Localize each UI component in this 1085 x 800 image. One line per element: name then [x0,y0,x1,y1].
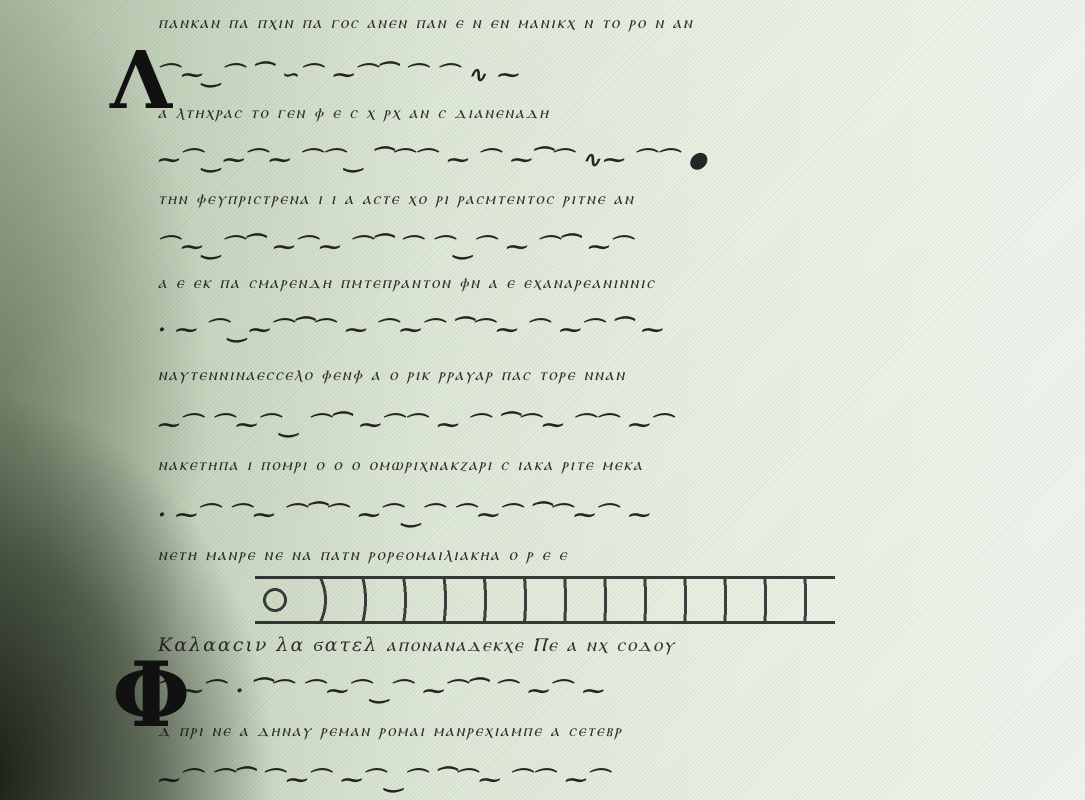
neume-line: ⁓⌒‿⁓⌒⁓ ⌒⌒‿ ⁀⌒⌒ ⁓ ⌒ ⁓⁀⌒ ∿⁓ ⌒⌒ ● [155,145,713,175]
text-line: ⲛⲁⲕⲉⲧⲏⲡⲁ ⲓ ⲡⲟⲙⲣⲓ ⲟ ⲟ ⲟ ⲟⲙⲱⲣⲓⲭⲛⲁⲕⲍⲁⲣⲓ ⲥ ⲓ… [158,452,644,478]
neume-line: ⌒⁓⌒ · ⁀⌒ ⌒⁓⌒‿⌒ ⁓⌒⁀ ⌒ ⁓⌒ ⁓ [155,676,609,706]
neume-line: ⌒⁓‿⌒⁀ ⁓⌒⁓ ⌒⁀ ⌒ ⌒‿⌒ ⁓ ⌒⁀ ⁓⌒ [155,232,637,262]
text-line: ⲡⲁⲛⲕⲁⲛ ⲡⲁ ⲡⲭⲓⲛ ⲡⲁ ⲅⲟⲥ ⲁⲛⲉⲛ ⲡⲁⲛ ⲉ ⲛ ⲉⲛ ⲙⲁ… [158,10,694,36]
neume-line: ⁓⌒ ⌒⁓⌒‿ ⌒⁀ ⁓⌒⌒ ⁓ ⌒ ⁀⌒⁓ ⌒⌒ ⁓⌒ [155,410,678,440]
text-line: ⲧⲏⲛ ⲫⲉⲩⲡⲣⲓⲥⲧⲣⲉⲛⲁ ⲓ ⲓ ⲁ ⲁⲥⲧⲉ ⲭⲟ ⲣⲓ ⲣⲁⲥⲙⲧⲉ… [158,186,635,212]
neume-line: · ⁓⌒ ⌒⁓ ⌒⁀⌒ ⁓⌒‿⌒ ⌒⁓⌒ ⁀⌒⁓⌒ ⁓ [155,500,655,530]
ornamental-band [255,576,835,624]
neume-line: ⁓⌒ ⌒⁀ ⌒⁓⌒ ⁓⌒‿⌒ ⁀⌒⁓ ⌒⌒ ⁓⌒ [155,765,614,795]
rubric-line: Καλααϲιν λα ϭατελ ⲁⲡⲟⲛⲁⲛⲁⲇⲉⲕⲭⲉ Ⲡⲉ ⲁ ⲛⲭ ⲥ… [158,632,676,658]
text-line: ⲛⲉⲧⲏ ⲙⲁⲛⲣⲉ ⲛⲉ ⲛⲁ ⲡⲁⲧⲛ ⲣⲟⲣⲉⲟⲙⲁⲓⲗⲓⲁⲕⲏⲁ ⲟ ⲣ… [158,542,568,568]
text-line: ⲁ ⲗⲧⲏⲭⲣⲁⲥ ⲧⲟ ⲅⲉⲛ ⲫ ⲉ ⲥ ⲭ ⲣⲭ ⲁⲛ ⲥ ⲇⲓⲁⲛⲉⲛⲁ… [158,100,550,126]
neume-line: ⌒⁓‿⌒ ⁀ ∽⌒ ⁓⌒⁀ ⌒ ⌒ ∿ ⁓ [155,60,524,90]
neume-line: · ⁓ ⌒‿⁓⌒⁀⌒ ⁓ ⌒⁓⌒ ⁀⌒⁓ ⌒ ⁓⌒ ⁀ ⁓ [155,315,668,345]
text-line: ⲇ ⲡⲣⲓ ⲛⲉ ⲁ ⲇⲏⲛⲁⲩ ⲣⲉⲙⲁⲛ ⲣⲟⲙⲁⲓ ⲙⲁⲛⲣⲉⲭⲓⲁⲙⲡⲉ… [158,718,623,744]
text-line: ⲛⲁⲩⲧⲉⲛⲛⲓⲛⲁⲉⲥⲥⲉⲗⲟ ⲫⲉⲛⲫ ⲁ ⲟ ⲣⲓⲕ ⲣⲣⲁⲩⲁⲣ ⲡⲁⲥ… [158,362,626,388]
text-line: ⲁ ⲉ ⲉⲕ ⲡⲁ ⲥⲙⲁⲣⲉⲛⲇⲏ ⲡⲙⲧⲉⲡⲣⲁⲛⲧⲟⲛ ⲫⲛ ⲁ ⲉ ⲉⲭ… [158,270,656,296]
manuscript-page: Λ Φ ⲡⲁⲛⲕⲁⲛ ⲡⲁ ⲡⲭⲓⲛ ⲡⲁ ⲅⲟⲥ ⲁⲛⲉⲛ ⲡⲁⲛ ⲉ ⲛ ⲉ… [0,0,1085,800]
